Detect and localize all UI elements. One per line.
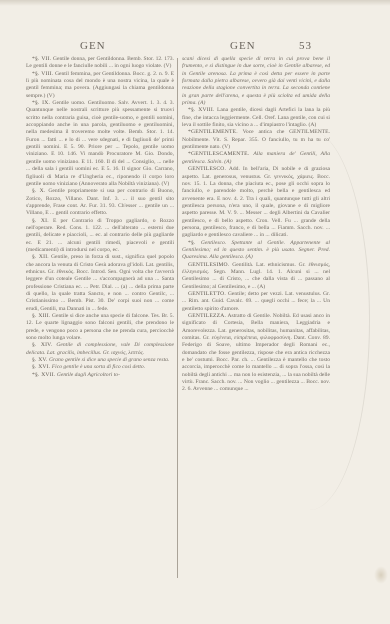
entry: GENTILESCO. Add. In bell'aria, Di nobile…	[182, 166, 330, 239]
entry: GENTILETTO. Gentile; detto per vezzi. La…	[182, 291, 330, 313]
entry-text: Gentile uomo. Gentiluomo. Salv. Avvert. …	[26, 100, 174, 187]
entry-head: §. XIV.	[32, 342, 52, 348]
entry: §. XI. E per Contrario di Troppo gagliar…	[26, 218, 174, 255]
entry-head: *GENTILESCAMENTE.	[188, 151, 249, 157]
entry-head: *GENTILEMENTE.	[188, 129, 238, 135]
entry-text: Fico gentile è una sorta di fico così de…	[52, 364, 145, 370]
entry-head: *§. XVII.	[32, 372, 55, 378]
entry-head: GENTILESCO.	[188, 166, 226, 172]
left-column: *§. VII. Gentile donna, per Gentildonna.…	[26, 56, 174, 379]
entry-text: Gentile dagli Agricoltori to-	[57, 372, 120, 378]
entry: GENTILESIMO. Gentilità. Lat. ethnicismus…	[182, 262, 330, 291]
entry-head: *§. XVIII.	[188, 107, 215, 113]
entry: *§. XVII. Gentile dagli Agricoltori to-	[26, 372, 174, 379]
entry: *GENTILESCAMENTE. Alla maniera de' Genti…	[182, 151, 330, 166]
entry: *§. VII. Gentile donna, per Gentildonna.…	[26, 56, 174, 71]
entry: *§. XVIII. Lana gentile, dicesi dagli Ar…	[182, 107, 330, 129]
running-header: GEN GEN 53	[0, 40, 390, 56]
entry: §. XVI. Fico gentile è una sorta di fico…	[26, 364, 174, 371]
entry-text: scani dicesi di quella specie di terra i…	[182, 56, 330, 106]
entry: GENTILEZZA. Astratto di Gentile. Nobiltà…	[182, 313, 330, 394]
column-divider	[177, 58, 178, 578]
entry: *§. Gentilesco. Spettante al Gentile. Ap…	[182, 240, 330, 262]
entry-head: *§. VII.	[32, 56, 51, 62]
entry-head: §. XV.	[32, 357, 48, 363]
entry-head: *§. IX.	[32, 100, 50, 106]
entry-text: Astratto di Gentile. Nobiltà. Ed usasi a…	[182, 313, 330, 392]
entry: §. XIII. Gentile si dice anche una speci…	[26, 313, 174, 342]
right-guide-word: GEN	[230, 40, 256, 52]
entry-head: GENTILEZZA.	[188, 313, 226, 319]
entry-head: §. XIII.	[32, 313, 50, 319]
entry-head: §. XII.	[32, 254, 49, 260]
entry: §. XIV. Gentile di complessione, vale Di…	[26, 342, 174, 357]
entry-head: GENTILESIMO.	[188, 262, 229, 268]
entry-head: §. X.	[32, 188, 46, 194]
page-number: 53	[299, 40, 312, 52]
entry-head: §. XI.	[32, 218, 49, 224]
entry-text: Gentile, preso in forza di sust., signif…	[26, 254, 174, 311]
entry-head: *§.	[188, 240, 196, 246]
entry-text: E per Contrario di Troppo gagliardo, o R…	[26, 218, 174, 253]
entry-head: §. XVI.	[32, 364, 50, 370]
right-column: scani dicesi di quella specie di terra i…	[182, 56, 330, 394]
left-guide-word: GEN	[80, 40, 106, 52]
entry: §. X. Gentile propriamente si usa per co…	[26, 188, 174, 217]
entry: *GENTILEMENTE. Voce antica che GENTILMEN…	[182, 129, 330, 151]
entry-text: Add. In bell'aria, Di nobile e di grazio…	[182, 166, 330, 238]
entry: *§. IX. Gentile uomo. Gentiluomo. Salv. …	[26, 100, 174, 188]
paper-stain	[374, 566, 388, 584]
entry-text: Gentilesco. Spettante al Gentile. Appart…	[182, 240, 330, 261]
entry-head: GENTILETTO.	[188, 291, 226, 297]
entry-text: Grano gentile si dice una specie di gran…	[49, 357, 169, 363]
dictionary-page: GEN GEN 53 *§. VII. Gentile donna, per G…	[0, 0, 390, 624]
entry: *§. VIII. Gentil femmina, per Gentildonn…	[26, 71, 174, 100]
entry: §. XII. Gentile, preso in forza di sust.…	[26, 254, 174, 313]
entry-head: *§. VIII.	[32, 71, 53, 77]
entry-text: Gentile propriamente si usa per contrari…	[26, 188, 174, 216]
entry: scani dicesi di quella specie di terra i…	[182, 56, 330, 107]
